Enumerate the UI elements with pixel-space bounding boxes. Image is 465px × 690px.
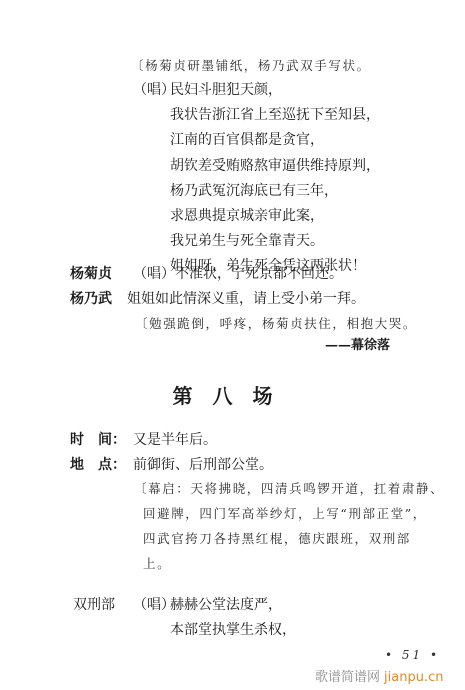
dialogue-line: （唱）不准状，宁死京都不回还。 [133, 265, 343, 283]
watermark-site: jianpu.cn [384, 670, 443, 685]
speaker-name: 杨菊贞 [70, 265, 112, 283]
watermark-cn: 歌谱简谱网 [315, 670, 380, 685]
aria-line: 江南的百官俱都是贪官， [170, 131, 324, 149]
aria-line: 赫赫公堂法度严， [170, 596, 282, 614]
scene-title: 第八场 [0, 380, 465, 409]
aria-line: 胡钦差受贿赂熬审逼供维持原判， [170, 157, 380, 175]
stage-direction: 四武官挎刀各持黑红棍，德庆跟班，双刑部 [143, 530, 411, 548]
place-value: 前御街、后刑部公堂。 [133, 456, 273, 474]
time-label: 时 间： [70, 431, 126, 449]
dialogue-line: 姐姐如此情深义重，请上受小弟一拜。 [127, 290, 365, 308]
curtain-falls: ——幕徐落 [325, 337, 390, 355]
stage-direction: 〔杨菊贞研墨铺纸，杨乃武双手写状。 [131, 57, 371, 75]
speaker-name: 杨乃武 [70, 290, 112, 308]
watermark: 歌谱简谱网jianpu.cn [315, 666, 443, 685]
sing-mark: （唱） [133, 596, 175, 614]
aria-line: 求恩典提京城亲审此案， [170, 207, 324, 225]
stage-direction: 〔勉强跪倒，呼疼，杨菊贞扶住，相抱大哭。 [135, 315, 417, 333]
aria-line: 杨乃武冤沉海底已有三年， [170, 182, 338, 200]
stage-direction: 〔幕启：天将拂晓，四清兵鸣锣开道，扛着肃静、 [134, 480, 444, 498]
stage-direction: 上。 [143, 555, 171, 573]
sing-mark: （唱） [133, 81, 175, 99]
place-label: 地 点： [70, 456, 126, 474]
stage-direction: 回避牌，四门军高举纱灯，上写“刑部正堂”， [143, 505, 427, 523]
aria-line: 民妇斗胆犯天颜， [170, 81, 282, 99]
page-number: • 51 • [385, 648, 440, 662]
aria-line: 本部堂执掌生杀权， [170, 621, 296, 639]
aria-line: 我兄弟生与死全靠青天。 [170, 232, 324, 250]
aria-line: 我状告浙江省上至巡抚下至知县， [170, 106, 380, 124]
time-value: 又是半年后。 [133, 431, 217, 449]
speaker-name: 双刑部 [73, 596, 115, 614]
